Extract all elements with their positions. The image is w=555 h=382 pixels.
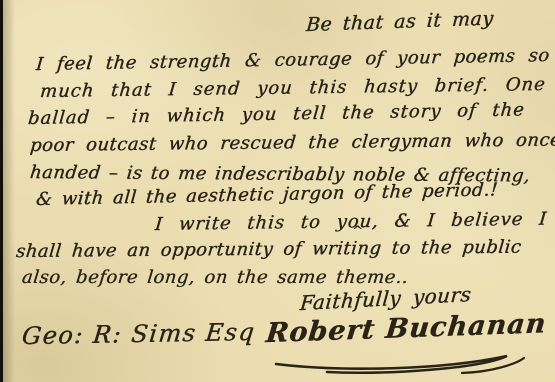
letter-line: & with all the aesthetic jargon of the p…: [35, 179, 499, 210]
letter-line: much that I send you this hasty brief. O…: [39, 74, 547, 102]
signature-flourish-icon: [272, 348, 552, 378]
letter-line: poor outcast who rescued the clergyman w…: [29, 129, 555, 156]
letter-line: I feel the strength & courage of your po…: [35, 45, 550, 75]
opening-line: Be that as it may: [305, 7, 494, 36]
insertion-caret-mark: ^: [352, 224, 363, 239]
letter-line: shall have an opportunity of writing to …: [15, 237, 522, 262]
letter-line: ballad – in which you tell the story of …: [27, 99, 526, 129]
addressee-line: Geo: R: Sims Esq: [21, 318, 257, 350]
letter-line: also, before long, on the same theme..: [21, 267, 409, 288]
scan-edge-shadow: [3, 0, 15, 382]
letter-page: Be that as it may I feel the strength & …: [0, 0, 555, 382]
